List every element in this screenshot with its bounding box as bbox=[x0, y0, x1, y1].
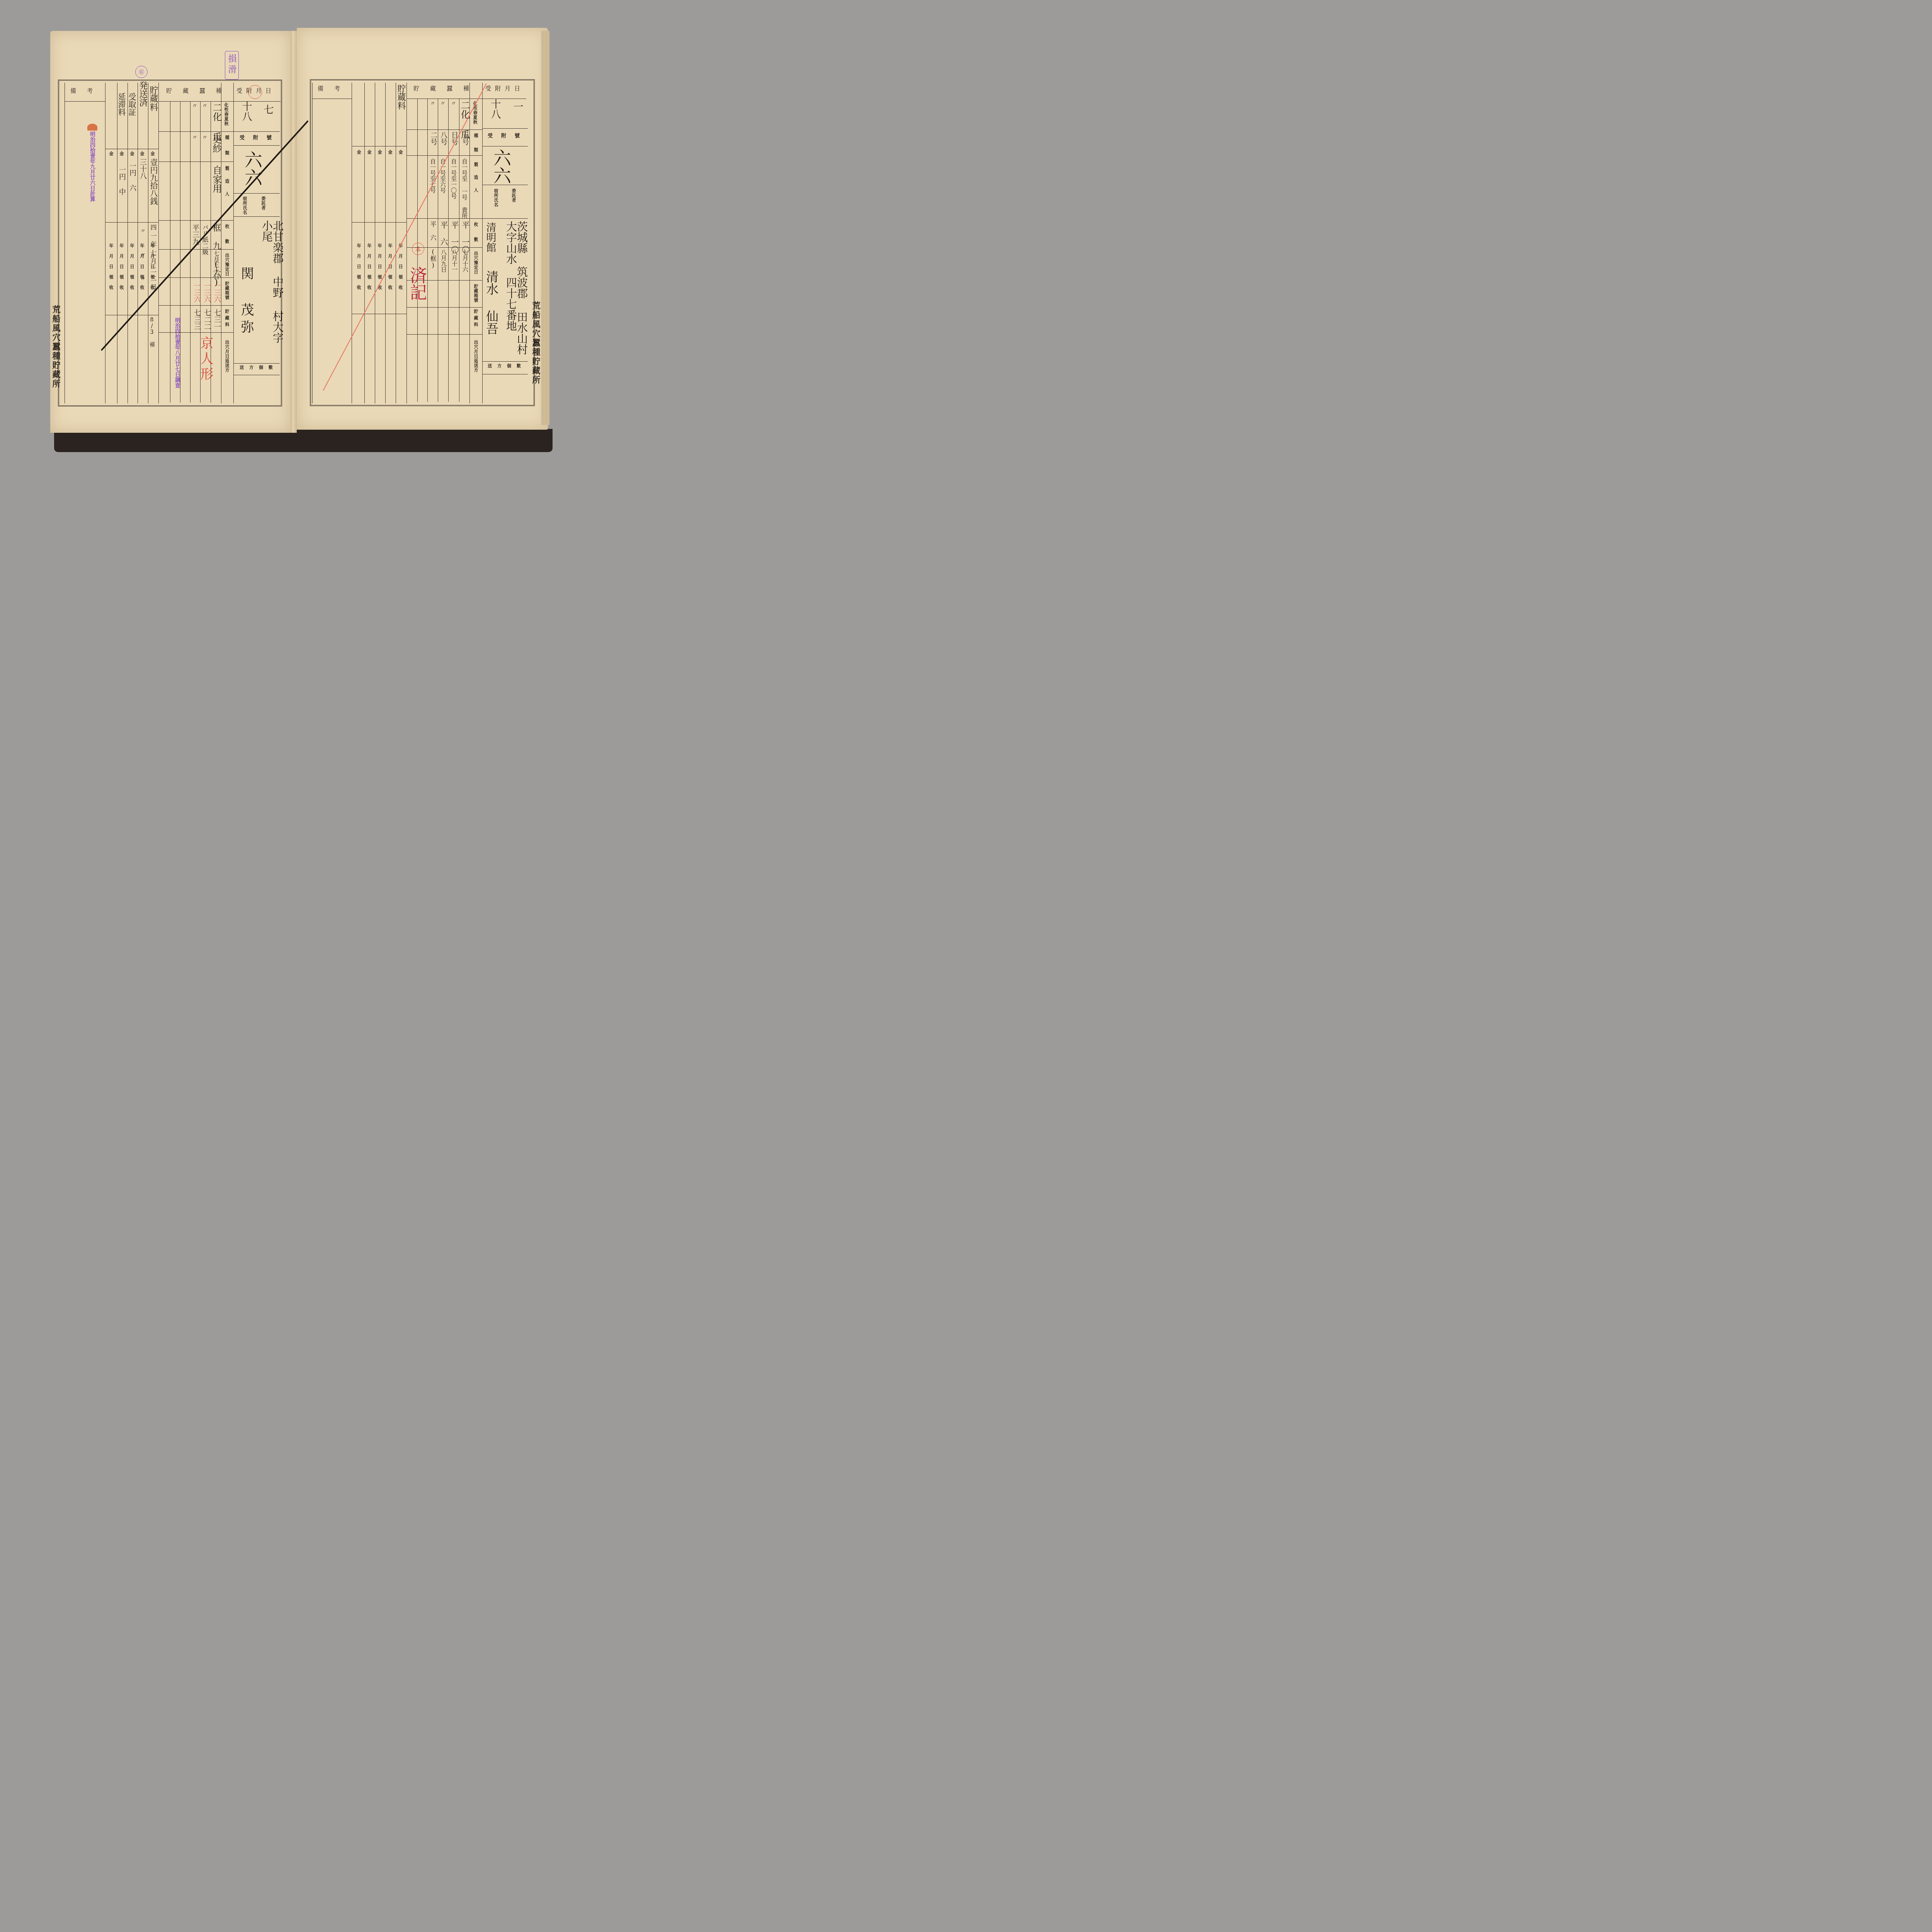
left-entry-class: 更紗 bbox=[212, 134, 221, 153]
left-money-label: 金 bbox=[140, 151, 144, 156]
right-remarks-divider bbox=[312, 99, 352, 99]
left-stamp-circle: ㊨ bbox=[135, 66, 148, 78]
right-entry-hatch: 七月十六 bbox=[462, 249, 468, 272]
left-remarks-divider bbox=[65, 101, 105, 102]
left-header-storage-type: 貯藏蠶種 bbox=[166, 88, 233, 94]
left-received-month: 七 bbox=[263, 104, 273, 114]
left-stamp-box-text: 損滑 bbox=[227, 54, 236, 76]
left-stamp-circle-text: ㊨ bbox=[139, 68, 144, 76]
left-entry-ditto: 〃 bbox=[202, 103, 207, 108]
right-row-line bbox=[482, 146, 528, 146]
left-row-line bbox=[158, 249, 233, 250]
right-received-day: 十八 bbox=[490, 99, 500, 119]
left-row-line bbox=[233, 216, 280, 217]
left-header-return-date: 出穴月日返送方 bbox=[225, 340, 229, 372]
left-money-label: 金 bbox=[109, 151, 113, 156]
right-row-line bbox=[482, 218, 528, 219]
right-receipt-label: 年月日領收 bbox=[378, 243, 382, 296]
right-col-line bbox=[312, 83, 313, 403]
left-header-divider bbox=[158, 101, 281, 102]
right-header-consignor-sub: 宿所氏名 bbox=[494, 189, 498, 207]
left-col-line bbox=[138, 83, 138, 403]
left-entry-fee: 七三一 bbox=[213, 309, 220, 330]
right-header-divider bbox=[406, 99, 526, 99]
left-col-line bbox=[65, 83, 65, 403]
right-receipt-label: 年月日領收 bbox=[357, 243, 361, 296]
left-header-storage-fee: 貯藏料 bbox=[225, 309, 229, 329]
right-row-line bbox=[482, 185, 528, 185]
right-row-line bbox=[406, 129, 482, 130]
right-row-line bbox=[406, 155, 482, 156]
left-header-received-number: 受附號 bbox=[240, 135, 280, 140]
right-header-storage-type: 貯藏蠶種 bbox=[413, 86, 480, 92]
right-row-line bbox=[482, 128, 528, 129]
left-stamp-red-seal bbox=[87, 124, 97, 131]
left-fee-amount: 一円 中 bbox=[118, 166, 125, 195]
right-entry-hatch: 八月十一 bbox=[451, 249, 457, 272]
right-col-line bbox=[482, 83, 483, 403]
left-col-line bbox=[128, 83, 128, 403]
left-spine-label: 荒船風穴蠶種貯藏所 bbox=[50, 305, 62, 389]
right-received-number: 六六 bbox=[492, 149, 510, 184]
right-header-type: 種 bbox=[474, 133, 478, 138]
left-entry-ditto: 〃 bbox=[192, 103, 197, 108]
right-header-consignor: 委託者 bbox=[512, 189, 516, 202]
right-header-shipping-count: 送方個數 bbox=[488, 364, 526, 368]
right-col-line bbox=[396, 83, 396, 403]
left-fee-amount: 壹円九拾八銭 bbox=[150, 158, 157, 205]
right-header-received-number: 受附號 bbox=[488, 133, 528, 138]
left-col-line bbox=[170, 101, 170, 403]
left-receipt-label: 年月日領收 bbox=[119, 243, 124, 296]
left-entry-count: バリ紙二級 bbox=[202, 224, 208, 255]
left-entry-box: 一三六 bbox=[193, 282, 200, 303]
right-money-label: 金 bbox=[398, 150, 403, 155]
left-fee-amount: 一円 六 bbox=[129, 162, 136, 191]
right-header-hatch-date: 出穴豫定日 bbox=[474, 251, 478, 274]
left-row-line bbox=[233, 145, 280, 146]
left-receipt-label: 年月日領收 bbox=[130, 243, 134, 296]
right-entry-count: 平 六 bbox=[440, 221, 447, 246]
right-col-line bbox=[352, 83, 352, 403]
left-row-line bbox=[158, 220, 233, 221]
left-entry-maker: 自家用 bbox=[212, 165, 221, 193]
right-consignor-name-1: 清明館 bbox=[485, 222, 495, 252]
right-header-maker: 製造人 bbox=[474, 162, 478, 201]
left-header-class: 類 bbox=[225, 151, 229, 155]
left-col-line bbox=[158, 83, 159, 403]
left-row-line bbox=[105, 149, 158, 149]
right-row-line bbox=[352, 146, 406, 146]
right-header-return-date: 出穴月日返送方 bbox=[474, 340, 478, 372]
right-storage-fee-handwritten: 貯蔵料 bbox=[396, 84, 405, 110]
right-col-line bbox=[406, 83, 407, 403]
right-entry-class: 八号 bbox=[440, 131, 447, 145]
left-header-box-number: 貯藏箱號 bbox=[225, 281, 229, 300]
right-col-line bbox=[385, 83, 386, 403]
left-row-line bbox=[158, 131, 233, 132]
right-row-line bbox=[352, 314, 406, 314]
left-row-line bbox=[233, 131, 280, 132]
right-col-line bbox=[459, 99, 459, 402]
left-stamp-purple-bottom: 明治四拾壹年八月廿七日調査 bbox=[175, 318, 180, 388]
left-receipt-date: 〃 〃 〃 bbox=[140, 228, 145, 287]
left-row-line bbox=[233, 193, 280, 194]
right-entry-hatch: 八月九日 bbox=[440, 249, 446, 272]
book-gutter bbox=[291, 31, 297, 433]
right-entry-class: 二号 bbox=[430, 131, 437, 145]
right-header-received-date: 受附月日 bbox=[485, 86, 524, 92]
left-money-label: 金 bbox=[119, 151, 124, 156]
right-row-line bbox=[406, 307, 482, 308]
left-fee-amount: 三十八 bbox=[139, 158, 146, 179]
right-entry-count: 平 一〇 bbox=[451, 221, 458, 253]
right-receipt-label: 年月日領收 bbox=[398, 243, 403, 296]
left-small-note: 8/3 補 bbox=[149, 317, 155, 347]
right-receipt-label: 年月日領收 bbox=[388, 243, 392, 296]
left-header-sheet-count: 枚數 bbox=[225, 224, 229, 254]
left-remark-handwritten: 延滞料 bbox=[117, 93, 125, 116]
left-row-line bbox=[105, 222, 158, 223]
right-money-label: 金 bbox=[367, 150, 371, 155]
right-received-month: 一 bbox=[512, 101, 522, 111]
left-consignor-address: 北甘楽郡 中野 村大字 小尾 bbox=[261, 220, 283, 359]
left-col-line bbox=[233, 83, 234, 403]
left-row-line bbox=[158, 305, 233, 306]
right-col-line bbox=[438, 99, 438, 402]
right-consignor-address: 茨城縣 筑波郡 田水山村 大字山水 四十七番地 bbox=[502, 221, 527, 360]
right-header-remarks: 備考 bbox=[318, 86, 351, 92]
left-receipt-date: 四一年七月二二日 bbox=[150, 224, 156, 292]
right-entry-maker: 自一号至一〇号 bbox=[451, 158, 456, 199]
right-entry-ditto: 〃 bbox=[440, 100, 445, 106]
left-consignor-name: 関 茂弥 bbox=[240, 267, 253, 337]
right-col-line bbox=[448, 99, 449, 402]
left-entry-box: 一三六 bbox=[203, 282, 210, 303]
right-col-line bbox=[427, 99, 428, 402]
left-header-shipping-count: 送方個數 bbox=[240, 366, 278, 370]
right-entry-ditto: 〃 bbox=[430, 100, 435, 106]
left-received-day: 十八 bbox=[241, 101, 251, 121]
right-money-label: 金 bbox=[388, 150, 392, 155]
left-row-line bbox=[233, 363, 280, 364]
right-money-label: 金 bbox=[378, 150, 382, 155]
right-red-seal-text: 本 bbox=[415, 245, 421, 253]
left-red-annotation: 京人形 bbox=[199, 336, 212, 383]
left-money-label: 金 bbox=[130, 151, 134, 156]
right-row-line bbox=[406, 334, 482, 335]
left-entry-ditto: 〃 bbox=[192, 134, 197, 140]
left-money-label: 金 bbox=[150, 151, 155, 156]
right-row-line bbox=[482, 361, 528, 362]
right-header-storage-fee: 貯藏料 bbox=[474, 309, 478, 329]
left-entry-ditto: 〃 bbox=[202, 134, 207, 140]
left-entry-hatch: 七月三十日 bbox=[213, 250, 219, 279]
left-col-line bbox=[105, 83, 105, 403]
right-header-sheet-count: 枚數 bbox=[474, 222, 478, 252]
right-entry-ditto: 〃 bbox=[451, 100, 456, 106]
right-red-seal: 本 bbox=[412, 243, 424, 255]
right-row-line bbox=[406, 218, 482, 219]
right-receipt-label: 年月日領收 bbox=[367, 243, 371, 296]
left-header-remarks: 備考 bbox=[70, 88, 104, 94]
right-money-label: 金 bbox=[357, 150, 361, 155]
left-header-hatch-date: 出穴豫定日 bbox=[225, 253, 229, 276]
right-entry-maker: 自一号至 一号 貴所 bbox=[461, 158, 467, 219]
left-header-maker: 製造人 bbox=[225, 166, 229, 204]
right-entry-count: 平 六 (框) bbox=[430, 221, 436, 269]
right-entry-class: 五号 bbox=[461, 131, 468, 145]
left-col-line bbox=[117, 83, 117, 403]
right-spine-label: 荒船風穴蠶種貯藏所 bbox=[530, 301, 542, 385]
right-entry-count: 平 一〇 bbox=[461, 221, 469, 253]
left-col-line bbox=[148, 83, 148, 403]
right-row-line bbox=[352, 222, 406, 223]
left-remark-handwritten: 受取証 bbox=[128, 93, 136, 116]
left-entry-fee: 七二二 bbox=[203, 309, 210, 330]
left-remark-handwritten: 発送済 bbox=[138, 81, 147, 107]
right-consignor-name-2: 清水 仙吾 bbox=[485, 270, 498, 335]
right-header-box-number: 貯藏箱號 bbox=[474, 284, 478, 303]
left-row-line bbox=[158, 162, 233, 162]
left-header-type: 種 bbox=[225, 135, 229, 140]
page-edges-right bbox=[541, 31, 549, 425]
left-entry-box: 一三六 bbox=[213, 282, 220, 303]
right-row-line bbox=[482, 374, 528, 374]
left-row-line bbox=[158, 332, 233, 333]
right-red-signature: 済記 bbox=[408, 267, 425, 301]
left-stamp-red-circle bbox=[248, 85, 262, 99]
right-entry-maker: 自一号至六号 bbox=[440, 158, 446, 193]
left-receipt-label: 年月日領收 bbox=[109, 243, 113, 296]
right-col-line bbox=[375, 83, 375, 403]
left-header-type-labels: 化性春夏秋 bbox=[224, 103, 228, 126]
left-remark-handwritten: 貯蔵料 bbox=[149, 86, 157, 111]
left-row-line bbox=[233, 375, 280, 375]
right-col-line bbox=[364, 83, 365, 403]
left-header-consignor-sub: 宿所氏名 bbox=[243, 196, 247, 215]
left-row-line bbox=[158, 277, 233, 278]
left-entry-fee: 七三三 bbox=[193, 309, 200, 330]
left-header-consignor: 委託者 bbox=[261, 196, 265, 210]
left-stamp-purple-side: 明治四拾壹年九月廿六日計算 bbox=[90, 131, 95, 202]
right-header-class: 類 bbox=[474, 148, 478, 152]
